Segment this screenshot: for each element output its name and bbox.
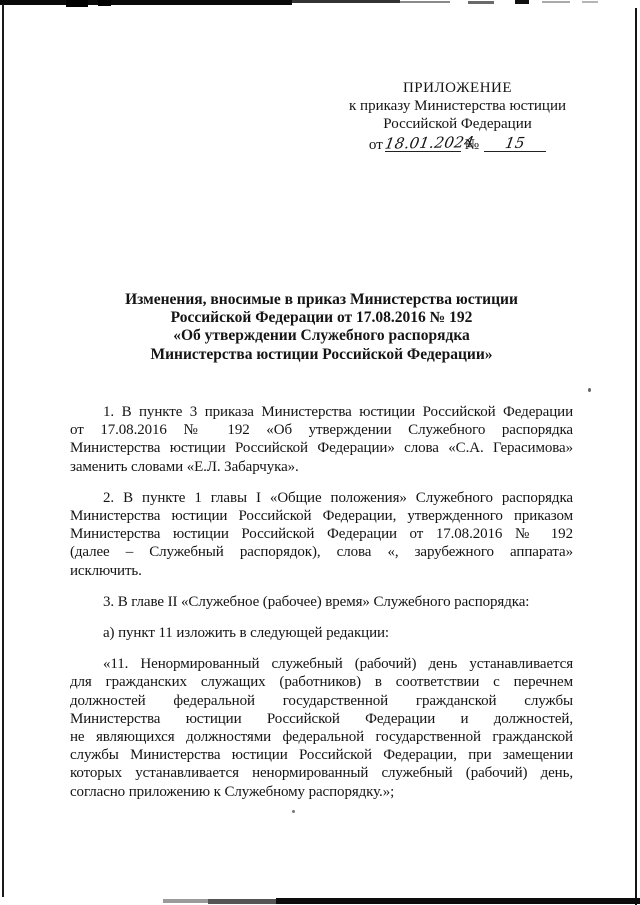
scan-artifact-left-edge <box>2 4 4 897</box>
handwritten-date: 18.01.2024 <box>383 133 462 152</box>
text-line: от 17.08.2016 № 192 «Об утверждении Служ… <box>70 421 573 439</box>
text-line: 2. В пункте 1 главы I «Общие положения» … <box>70 489 573 507</box>
document-page: ПРИЛОЖЕНИЕ к приказу Министерства юстици… <box>0 0 640 905</box>
date-underline: 18.01.2024 <box>385 134 461 152</box>
title-line: Изменения, вносимые в приказ Министерств… <box>70 291 573 309</box>
paragraph: 2. В пункте 1 главы I «Общие положения» … <box>70 489 573 580</box>
scan-artifact-top-edge <box>468 1 494 4</box>
scan-artifact-top-edge <box>400 1 450 3</box>
approval-stamp: ПРИЛОЖЕНИЕ к приказу Министерства юстици… <box>348 79 567 154</box>
text-line: Министерства юстиции Российской Федераци… <box>70 439 573 457</box>
number-underline: 15 <box>484 134 546 152</box>
paragraph: 1. В пункте 3 приказа Министерства юстиц… <box>70 403 573 476</box>
scan-artifact-right-edge <box>635 8 637 905</box>
text-line: для гражданских служащих (работников) в … <box>70 673 573 691</box>
stamp-heading: ПРИЛОЖЕНИЕ <box>348 79 567 97</box>
text-line: Министерства юстиции Российской Федераци… <box>70 525 573 543</box>
text-line: а) пункт 11 изложить в следующей редакци… <box>70 624 573 642</box>
scan-artifact-top-edge <box>0 0 292 5</box>
paragraph: а) пункт 11 изложить в следующей редакци… <box>70 624 573 642</box>
stamp-line: к приказу Министерства юстиции <box>348 97 567 115</box>
scan-artifact-top-edge <box>582 1 598 3</box>
stamp-date-line: от18.01.2024№15 <box>348 134 567 154</box>
text-line: исключить. <box>70 562 573 580</box>
text-line: Министерства юстиции Российской Федераци… <box>70 507 573 525</box>
scan-artifact-bottom-edge <box>208 899 276 904</box>
scan-artifact-top-edge <box>292 0 400 3</box>
text-line: не являющихся должностями федеральной го… <box>70 728 573 746</box>
paragraph: 3. В главе II «Служебное (рабочее) время… <box>70 593 573 611</box>
title-line: Министерства юстиции Российской Федераци… <box>70 346 573 364</box>
scan-artifact-top-edge <box>66 0 88 7</box>
title-line: Российской Федерации от 17.08.2016 № 192 <box>70 309 573 327</box>
text-line: которых устанавливается ненормированный … <box>70 764 573 782</box>
scan-speck <box>588 388 591 392</box>
text-line: «11. Ненормированный служебный (рабочий)… <box>70 655 573 673</box>
title-line: «Об утверждении Служебного распорядка <box>70 327 573 345</box>
text-line: согласно приложению к Служебному распоря… <box>70 783 573 801</box>
scan-artifact-top-edge <box>542 1 570 3</box>
scan-artifact-bottom-edge <box>163 899 208 903</box>
handwritten-number: 15 <box>483 133 548 152</box>
paragraph: «11. Ненормированный служебный (рабочий)… <box>70 655 573 801</box>
text-line: 3. В главе II «Служебное (рабочее) время… <box>70 593 573 611</box>
text-line: службы Министерства юстиции Российской Ф… <box>70 746 573 764</box>
text-line: должностей федеральной государственной г… <box>70 692 573 710</box>
date-prefix-label: от <box>369 137 383 153</box>
text-line: Министерства юстиции Российской Федераци… <box>70 710 573 728</box>
stamp-line: Российской Федерации <box>348 115 567 133</box>
text-line: 1. В пункте 3 приказа Министерства юстиц… <box>70 403 573 421</box>
text-line: заменить словами «Е.Л. Забарчука». <box>70 458 573 476</box>
text-line: (далее – Служебный распорядок), слова «,… <box>70 543 573 561</box>
scan-artifact-top-edge <box>98 0 111 6</box>
scan-artifact-bottom-edge <box>276 898 640 904</box>
scan-artifact-top-edge <box>515 0 529 4</box>
document-body: 1. В пункте 3 приказа Министерства юстиц… <box>70 403 573 814</box>
document-title: Изменения, вносимые в приказ Министерств… <box>70 291 573 364</box>
